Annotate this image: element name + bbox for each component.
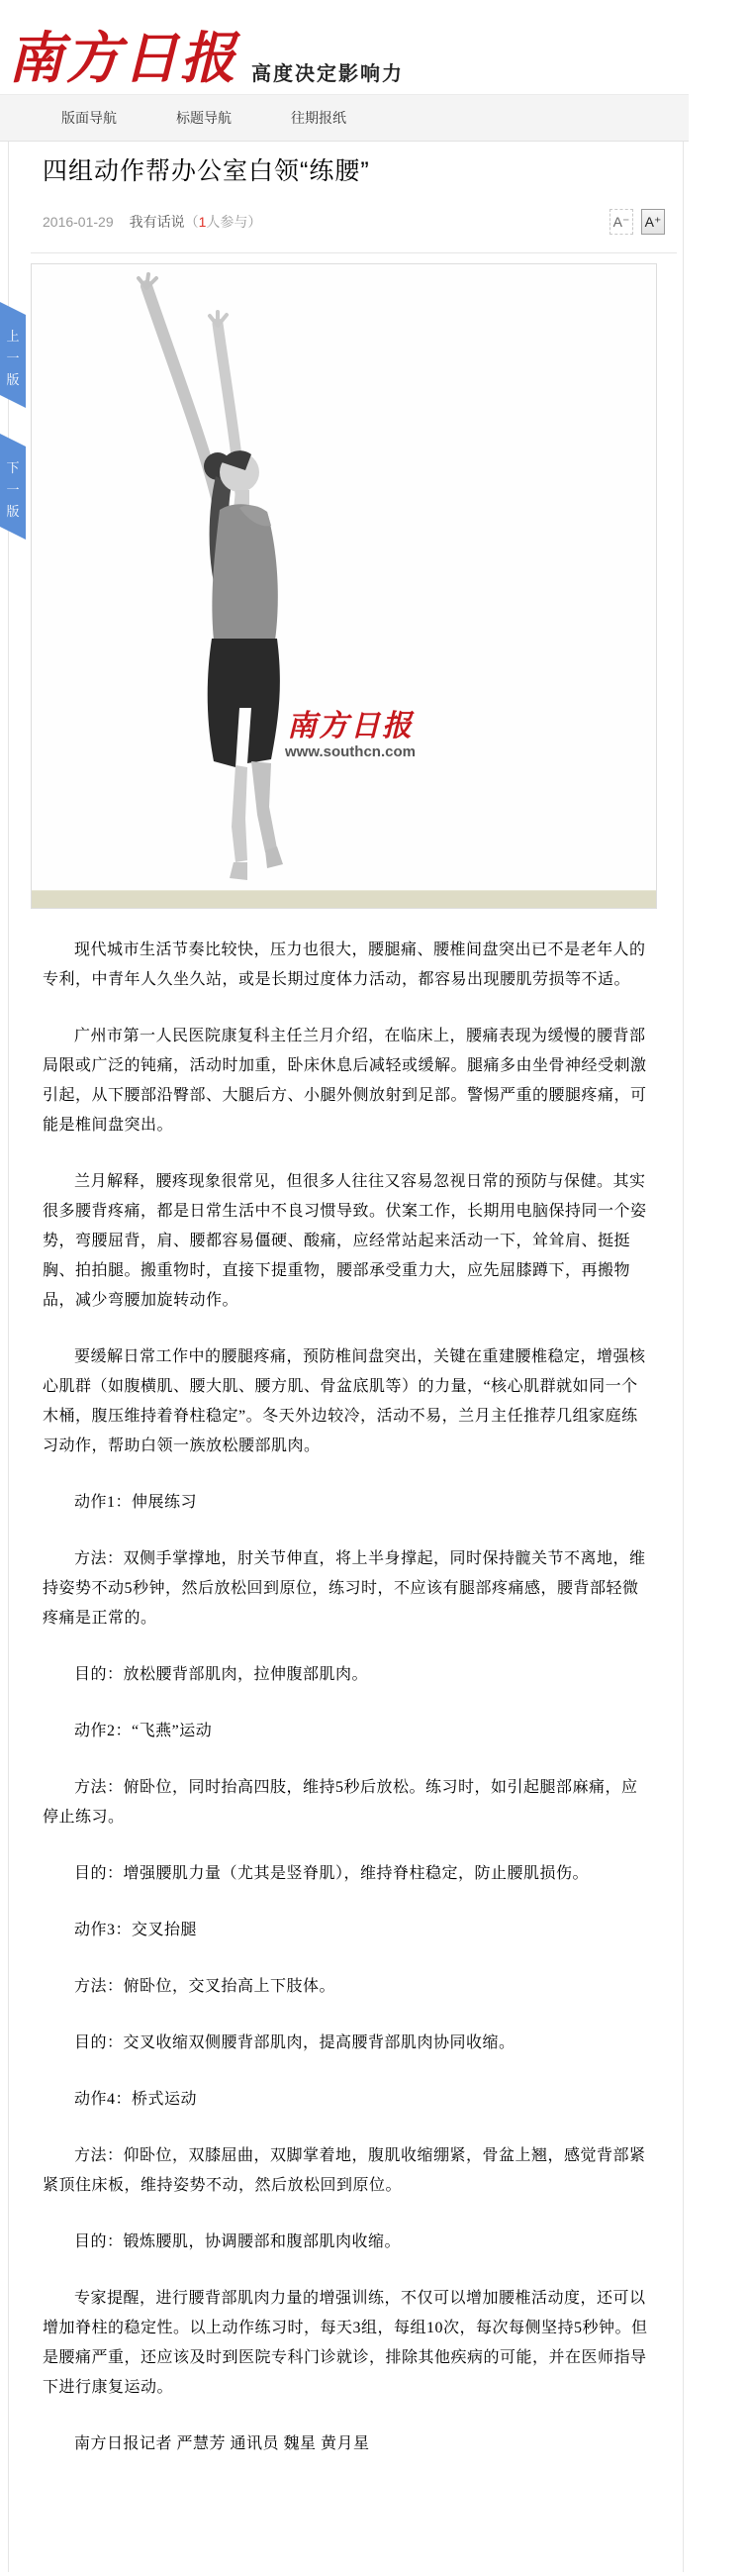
exercise-photo: 南方日报 www.southcn.com [32,264,656,890]
figure-caption-strip [32,890,656,908]
photo-watermark: 南方日报 www.southcn.com [271,710,429,761]
paragraph: 方法：双侧手掌撑地，肘关节伸直，将上半身撑起，同时保持髋关节不离地，维持姿势不动… [43,1544,653,1634]
paragraph: 广州市第一人民医院康复科主任兰月介绍，在临床上，腰痛表现为缓慢的腰背部局限或广泛… [43,1022,653,1140]
nav-item-title-navigation[interactable]: 标题导航 [176,108,232,128]
paragraph: 目的：放松腰背部肌肉，拉伸腹部肌肉。 [43,1660,653,1690]
paragraph: 目的：交叉收缩双侧腰背部肌肉，提高腰背部肌肉协同收缩。 [43,2029,653,2058]
newspaper-logo[interactable]: 南方日报 [8,25,237,94]
comment-link[interactable]: 我有话说 [130,212,185,232]
paragraph: 兰月解释，腰疼现象很常见，但很多人往往又容易忽视日常的预防与保健。其实很多腰背疼… [43,1167,653,1316]
font-decrease-button[interactable]: A⁻ [609,209,633,235]
nav-item-page-navigation[interactable]: 版面导航 [61,108,117,128]
byline: 南方日报记者 严慧芳 通讯员 魏星 黄月星 [43,2429,653,2459]
paragraph-action-2-title: 动作2：“飞燕”运动 [43,1717,653,1746]
masthead: 南方日报 高度决定影响力 [0,0,750,94]
paragraph: 方法：俯卧位，交叉抬高上下肢体。 [43,1972,653,2002]
paragraph: 要缓解日常工作中的腰腿疼痛，预防椎间盘突出，关键在重建腰椎稳定，增强核心肌群（如… [43,1342,653,1461]
meta-divider [31,252,677,253]
article-meta-row: 2016-01-29 我有话说 （1人参与） A⁻ A⁺ [43,209,665,235]
previous-page-ribbon[interactable]: 上一版 [0,302,26,408]
publish-date: 2016-01-29 [43,214,114,230]
paragraph-action-3-title: 动作3：交叉抬腿 [43,1916,653,1945]
paragraph-action-1-title: 动作1：伸展练习 [43,1488,653,1518]
paragraph: 方法：俯卧位，同时抬高四肢，维持5秒后放松。练习时，如引起腿部麻痛，应停止练习。 [43,1773,653,1833]
nav-item-past-issues[interactable]: 往期报纸 [291,108,346,128]
paragraph: 现代城市生活节奏比较快，压力也很大，腰腿痛、腰椎间盘突出已不是老年人的专利，中青… [43,936,653,995]
comment-count: （1人参与） [185,212,262,232]
next-page-label: 下一版 [6,457,20,523]
font-increase-button[interactable]: A⁺ [641,209,665,235]
article-title: 四组动作帮办公室白领“练腰” [43,155,683,187]
watermark-logo-text: 南方日报 [271,710,429,743]
paragraph: 目的：锻炼腰肌，协调腰部和腹部肌肉收缩。 [43,2228,653,2257]
paragraph: 专家提醒，进行腰背部肌肉力量的增强训练，不仅可以增加腰椎活动度，还可以增加脊柱的… [43,2284,653,2403]
next-page-ribbon[interactable]: 下一版 [0,434,26,540]
woman-stretching-illustration [91,272,388,886]
article-body: 现代城市生活节奏比较快，压力也很大，腰腿痛、腰椎间盘突出已不是老年人的专利，中青… [9,936,683,2519]
previous-page-label: 上一版 [6,326,20,391]
paragraph-action-4-title: 动作4：桥式运动 [43,2085,653,2115]
article-figure: 南方日报 www.southcn.com [31,263,657,909]
watermark-url-text: www.southcn.com [271,743,429,761]
paragraph: 方法：仰卧位，双膝屈曲，双脚掌着地，腹肌收缩绷紧，骨盆上翘，感觉背部紧紧顶住床板… [43,2141,653,2201]
top-navbar: 版面导航 标题导航 往期报纸 [0,94,689,142]
masthead-tagline: 高度决定影响力 [251,57,404,86]
paragraph: 目的：增强腰肌力量（尤其是竖脊肌），维持脊柱稳定，防止腰肌损伤。 [43,1859,653,1889]
article-container: 四组动作帮办公室白领“练腰” 2016-01-29 我有话说 （1人参与） A⁻… [8,142,684,2572]
